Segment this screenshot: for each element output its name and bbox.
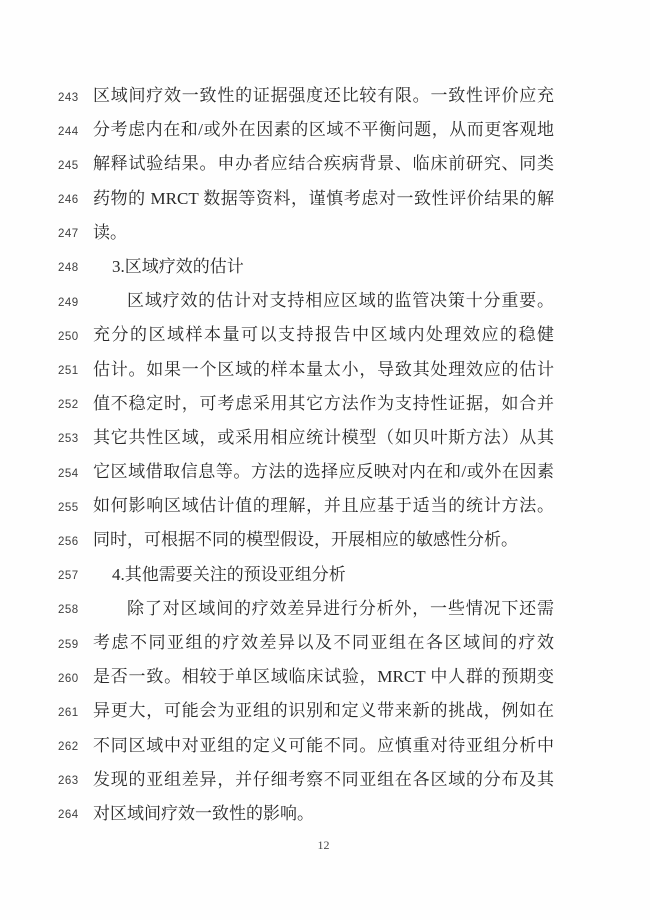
document-line: 264 对区域间疗效一致性的影响。: [0, 797, 650, 831]
document-line: 257 4.其他需要关注的预设亚组分析: [0, 558, 650, 592]
line-text: 同时，可根据不同的模型假设，开展相应的敏感性分析。: [93, 523, 554, 557]
line-text: 异更大，可能会为亚组的识别和定义带来新的挑战，例如在: [93, 694, 554, 728]
line-number: 256: [58, 525, 88, 559]
document-line: 250 充分的区域样本量可以支持报告中区域内处理效应的稳健: [0, 318, 650, 352]
document-line: 258 除了对区域间的疗效差异进行分析外，一些情况下还需: [0, 592, 650, 626]
document-line: 256 同时，可根据不同的模型假设，开展相应的敏感性分析。: [0, 523, 650, 557]
document-line: 252 值不稳定时，可考虑采用其它方法作为支持性证据，如合并: [0, 387, 650, 421]
document-line: 247 读。: [0, 216, 650, 250]
line-number: 263: [58, 764, 88, 798]
line-text: 解释试验结果。申办者应结合疾病背景、临床前研究、同类: [93, 147, 554, 181]
line-number: 244: [58, 115, 88, 149]
line-number: 246: [58, 183, 88, 217]
document-line: 263 发现的亚组差异，并仔细考察不同亚组在各区域的分布及其: [0, 763, 650, 797]
line-text: 区域疗效的估计对支持相应区域的监管决策十分重要。: [93, 284, 554, 318]
document-line: 243 区域间疗效一致性的证据强度还比较有限。一致性评价应充: [0, 79, 650, 113]
line-number: 261: [58, 696, 88, 730]
line-text: 是否一致。相较于单区域临床试验，MRCT 中人群的预期变: [93, 660, 554, 694]
line-number: 252: [58, 388, 88, 422]
line-number: 248: [58, 251, 88, 285]
document-line: 253 其它共性区域，或采用相应统计模型（如贝叶斯方法）从其: [0, 421, 650, 455]
document-line: 248 3.区域疗效的估计: [0, 250, 650, 284]
document-line: 251 估计。如果一个区域的样本量太小，导致其处理效应的估计: [0, 353, 650, 387]
document-line: 255 如何影响区域估计值的理解，并且应基于适当的统计方法。: [0, 489, 650, 523]
line-text: 如何影响区域估计值的理解，并且应基于适当的统计方法。: [93, 489, 554, 523]
document-body: 243 区域间疗效一致性的证据强度还比较有限。一致性评价应充 244 分考虑内在…: [0, 79, 650, 831]
line-text: 分考虑内在和/或外在因素的区域不平衡问题，从而更客观地: [93, 113, 554, 147]
line-number: 250: [58, 320, 88, 354]
line-number: 259: [58, 628, 88, 662]
line-text: 读。: [93, 216, 554, 250]
document-line: 249 区域疗效的估计对支持相应区域的监管决策十分重要。: [0, 284, 650, 318]
line-text: 值不稳定时，可考虑采用其它方法作为支持性证据，如合并: [93, 387, 554, 421]
line-number: 243: [58, 81, 88, 115]
line-number: 264: [58, 798, 88, 832]
line-text: 估计。如果一个区域的样本量太小，导致其处理效应的估计: [93, 353, 554, 387]
line-number: 247: [58, 217, 88, 251]
line-number: 245: [58, 149, 88, 183]
document-line: 254 它区域借取信息等。方法的选择应反映对内在和/或外在因素: [0, 455, 650, 489]
line-text: 对区域间疗效一致性的影响。: [93, 797, 554, 831]
line-number: 249: [58, 286, 88, 320]
document-line: 262 不同区域中对亚组的定义可能不同。应慎重对待亚组分析中: [0, 729, 650, 763]
line-text: 除了对区域间的疗效差异进行分析外，一些情况下还需: [93, 592, 554, 626]
document-line: 245 解释试验结果。申办者应结合疾病背景、临床前研究、同类: [0, 147, 650, 181]
document-page: 243 区域间疗效一致性的证据强度还比较有限。一致性评价应充 244 分考虑内在…: [0, 0, 650, 920]
line-number: 253: [58, 422, 88, 456]
line-text: 4.其他需要关注的预设亚组分析: [93, 558, 554, 592]
line-number: 257: [58, 559, 88, 593]
line-text: 考虑不同亚组的疗效差异以及不同亚组在各区域间的疗效: [93, 626, 554, 660]
line-text: 不同区域中对亚组的定义可能不同。应慎重对待亚组分析中: [93, 729, 554, 763]
line-text: 3.区域疗效的估计: [93, 250, 554, 284]
line-number: 251: [58, 354, 88, 388]
line-number: 262: [58, 730, 88, 764]
page-number: 12: [93, 838, 554, 853]
line-number: 260: [58, 662, 88, 696]
document-line: 260 是否一致。相较于单区域临床试验，MRCT 中人群的预期变: [0, 660, 650, 694]
line-text: 发现的亚组差异，并仔细考察不同亚组在各区域的分布及其: [93, 763, 554, 797]
line-text: 其它共性区域，或采用相应统计模型（如贝叶斯方法）从其: [93, 421, 554, 455]
line-number: 258: [58, 593, 88, 627]
line-number: 255: [58, 491, 88, 525]
document-line: 246 药物的 MRCT 数据等资料，谨慎考虑对一致性评价结果的解: [0, 182, 650, 216]
line-text: 药物的 MRCT 数据等资料，谨慎考虑对一致性评价结果的解: [93, 182, 554, 216]
document-line: 259 考虑不同亚组的疗效差异以及不同亚组在各区域间的疗效: [0, 626, 650, 660]
line-number: 254: [58, 457, 88, 491]
document-line: 244 分考虑内在和/或外在因素的区域不平衡问题，从而更客观地: [0, 113, 650, 147]
line-text: 区域间疗效一致性的证据强度还比较有限。一致性评价应充: [93, 79, 554, 113]
line-text: 它区域借取信息等。方法的选择应反映对内在和/或外在因素: [93, 455, 554, 489]
document-line: 261 异更大，可能会为亚组的识别和定义带来新的挑战，例如在: [0, 694, 650, 728]
line-text: 充分的区域样本量可以支持报告中区域内处理效应的稳健: [93, 318, 554, 352]
